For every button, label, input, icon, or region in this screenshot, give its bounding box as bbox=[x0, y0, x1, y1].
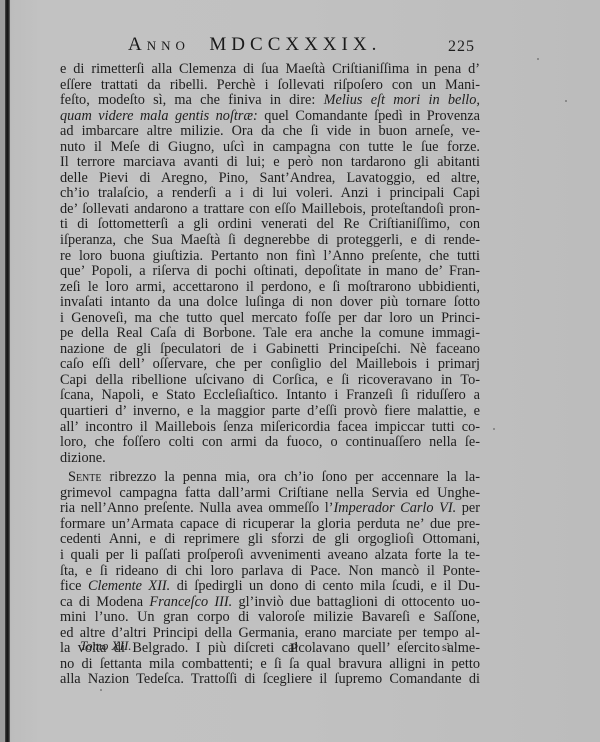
text-line: i quali per li paſſati proſperoſi avveni… bbox=[60, 548, 480, 564]
title-initial: A bbox=[128, 34, 147, 55]
page-number: 225 bbox=[448, 38, 475, 56]
text-line: ria nell’Anno preſente. Nulla avea ommeſ… bbox=[60, 501, 480, 517]
text-line: quartieri d’ inverno, e la maggior parte… bbox=[60, 404, 480, 420]
text-line: caſo eſſi dell’ oſſervare, che per conſi… bbox=[60, 357, 480, 373]
catchword: sì bbox=[442, 640, 450, 655]
title-smallcaps: NNO bbox=[147, 38, 190, 53]
text-line: invaſati intanto da una dolce luſinga di… bbox=[60, 295, 480, 311]
text-line: iſperanza, che Sua Maeſtà ſi degnerebbe … bbox=[60, 233, 480, 249]
italic-name: Clemente XII. bbox=[88, 578, 170, 594]
text-line: que’ Popoli, a riſerva di pochi oſtinati… bbox=[60, 264, 480, 280]
text-line: Il terrore marciava avanti di lui; e per… bbox=[60, 155, 480, 171]
paper-speck bbox=[493, 428, 495, 430]
text-segment: di ſpedirgli un dono di cento mila ſcudi… bbox=[177, 578, 480, 594]
text-line: e di rimetterſi alla Clemenza di ſua Mae… bbox=[60, 62, 480, 78]
text-segment: ca di Modena bbox=[60, 594, 143, 610]
body-text: e di rimetterſi alla Clemenza di ſua Mae… bbox=[60, 62, 480, 688]
text-line: fice Clemente XII. di ſpedirgli un dono … bbox=[60, 579, 480, 595]
book-page: ANNO MDCCXXXIX. 225 e di rimetterſi alla… bbox=[0, 0, 600, 742]
text-line: mini l’uno. Un gran corpo di valoroſe mi… bbox=[60, 610, 480, 626]
paper-speck bbox=[100, 689, 102, 691]
text-line: alla Nazion Tedeſca. Trattoſſi di ſcegli… bbox=[60, 672, 480, 688]
paragraph-1: e di rimetterſi alla Clemenza di ſua Mae… bbox=[60, 62, 480, 466]
text-line: grimevol campagna fatta dall’armi Criſti… bbox=[60, 486, 480, 502]
text-segment: feſto, modeſto sì, ma che finiva in dire… bbox=[60, 92, 315, 108]
text-line: ad imbarcare altre milizie. Ora da che ſ… bbox=[60, 124, 480, 140]
text-segment: gl’inviò due battaglioni di ottocento uo… bbox=[238, 594, 480, 610]
volume-label: Tomo XII. bbox=[80, 638, 132, 654]
text-line: de’ ſollevati andarono a trattare con eſ… bbox=[60, 202, 480, 218]
text-line: all’ incontro il Maillebois ſenza miſeri… bbox=[60, 420, 480, 436]
text-line: nuto il Meſe di Giugno, uſcì in campagna… bbox=[60, 140, 480, 156]
text-line: zeſi le loro armi, accettarono il perdon… bbox=[60, 280, 480, 296]
italic-name: Franceſco III. bbox=[149, 594, 232, 610]
text-line: loro, che foſſero colti con armi da fuoc… bbox=[60, 435, 480, 451]
italic-name: Imperador Carlo VI. bbox=[333, 500, 456, 516]
text-line: formare un’Armata capace di ricuperar la… bbox=[60, 517, 480, 533]
text-segment: quel Comandante ſpedì in Provenza bbox=[264, 108, 480, 124]
text-segment: fice bbox=[60, 578, 81, 594]
text-line: i Genoveſi, ma che tutto quel mercato fo… bbox=[60, 311, 480, 327]
page-footer: Tomo XII. P sì bbox=[0, 638, 600, 658]
text-line: eſſere trattati da ribelli. Perchè i ſol… bbox=[60, 78, 480, 94]
text-segment: ribrezzo la penna mia, ora ch’io ſono pe… bbox=[110, 469, 480, 485]
text-line: dizione. bbox=[60, 451, 480, 467]
text-line: nazione de gli ſpeculatori de i Gabinett… bbox=[60, 342, 480, 358]
lead-word: Sente bbox=[68, 469, 102, 485]
paper-speck bbox=[565, 100, 567, 102]
text-line: no di ſettanta mila combattenti; e ſi ſa… bbox=[60, 657, 480, 673]
text-line: cedenti Anni, e di reprimere gli sforzi … bbox=[60, 532, 480, 548]
running-title: ANNO MDCCXXXIX. bbox=[128, 34, 381, 56]
text-line: re loro buona giuſtizia. Pertanto non fi… bbox=[60, 249, 480, 265]
text-line: feſto, modeſto sì, ma che finiva in dire… bbox=[60, 93, 480, 109]
text-line: ti di ſottometterſi a gli ordini venerat… bbox=[60, 217, 480, 233]
text-line: quam videre mala gentis noſtræ: quel Com… bbox=[60, 109, 480, 125]
text-line: ſta, e ſi rideano di chi loro parlava di… bbox=[60, 564, 480, 580]
latin-quote: Melius eſt mori in bello, bbox=[324, 92, 480, 108]
text-line: ca di Modena Franceſco III. gl’inviò due… bbox=[60, 595, 480, 611]
binding-edge bbox=[5, 0, 10, 742]
paper-speck bbox=[537, 58, 539, 60]
running-head: ANNO MDCCXXXIX. 225 bbox=[0, 34, 600, 60]
text-line: ſcana, Napoli, e Stato Eccleſiaſtico. In… bbox=[60, 388, 480, 404]
text-segment: ria nell’Anno preſente. Nulla avea ommeſ… bbox=[60, 500, 333, 516]
text-line: Capi della ribellione uſcivano di Corſic… bbox=[60, 373, 480, 389]
text-line: delle Pievi di Aregno, Pino, Sant’Andrea… bbox=[60, 171, 480, 187]
text-line: Sente ribrezzo la penna mia, ora ch’io ſ… bbox=[60, 470, 480, 486]
signature-mark: P bbox=[290, 640, 298, 656]
text-line: ch’io tralaſcio, a renderſi a i di lui v… bbox=[60, 186, 480, 202]
latin-quote: quam videre mala gentis noſtræ: bbox=[60, 108, 258, 124]
title-year: MDCCXXXIX. bbox=[209, 34, 381, 55]
text-line: pe della Real Caſa di Borbone. Tale era … bbox=[60, 326, 480, 342]
text-segment: per bbox=[462, 500, 480, 516]
